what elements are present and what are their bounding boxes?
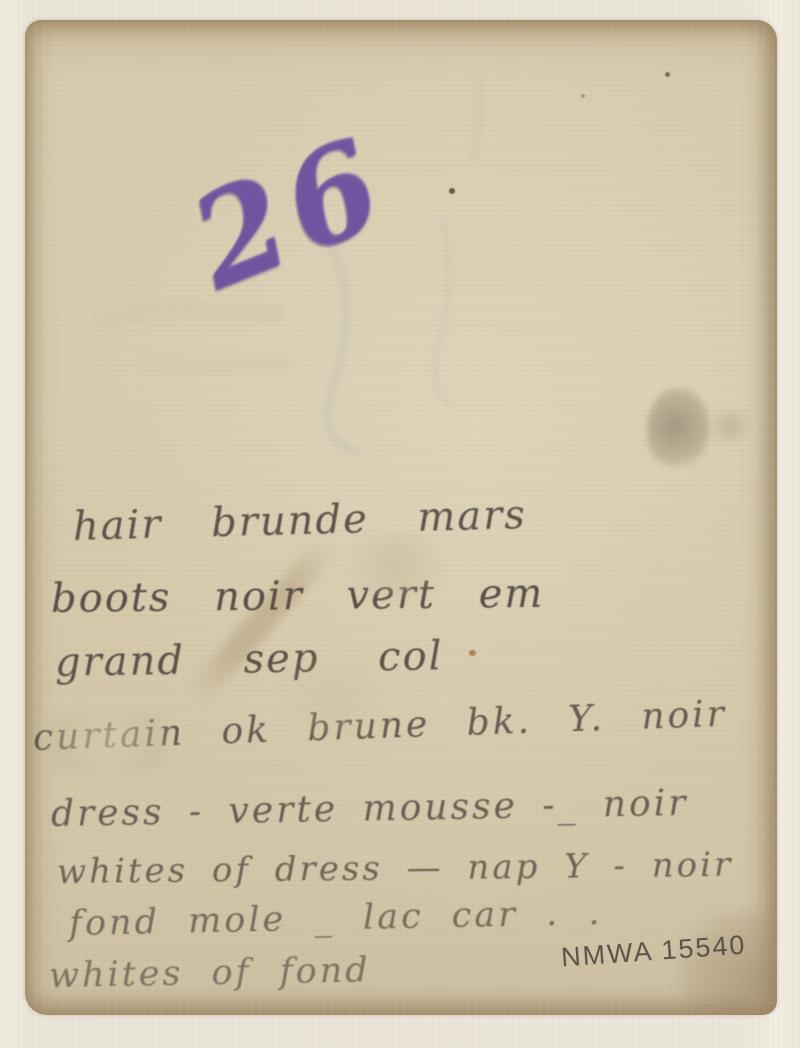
- note-line: boots noir vert em: [51, 571, 545, 622]
- note-line: whites of fond: [49, 950, 371, 996]
- note-line: whites of dress — nap Y - noir: [57, 845, 734, 892]
- scan-mount-background: 26 hair brunde mars boots noir vert em g…: [0, 0, 800, 1048]
- note-line: grand sep col: [55, 633, 444, 686]
- note-paper: 26 hair brunde mars boots noir vert em g…: [25, 20, 777, 1015]
